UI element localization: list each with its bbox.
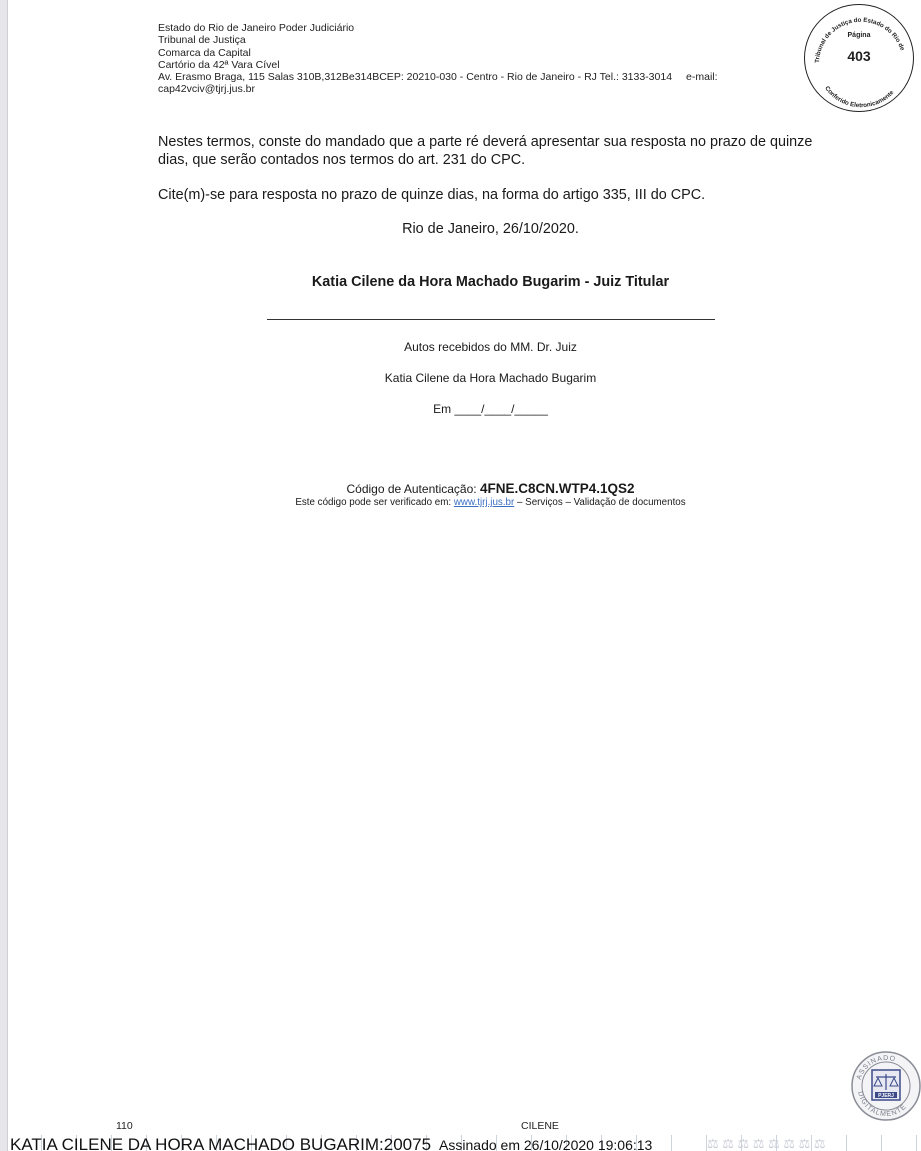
header-email: cap42vciv@tjrj.jus.br	[158, 83, 818, 95]
footer-page-ref: 110	[116, 1120, 133, 1132]
footer-signer-short: CILENE	[521, 1120, 559, 1132]
header-address: Av. Erasmo Braga, 115 Salas 310B,312Be31…	[158, 71, 672, 83]
svg-text:Conferido Eletronicamente: Conferido Eletronicamente	[823, 85, 896, 109]
paragraph-response-deadline: Nestes termos, conste do mandado que a p…	[158, 134, 826, 169]
header-line-registry: Cartório da 42ª Vara Cível	[158, 59, 818, 71]
digital-signature-text: KATIA CILENE DA HORA MACHADO BUGARIM:200…	[10, 1136, 652, 1151]
signature-line	[267, 319, 715, 320]
authentication-label: Código de Autenticação:	[347, 482, 477, 496]
paragraph-citation: Cite(m)-se para resposta no prazo de qui…	[158, 187, 826, 205]
header-line-court: Tribunal de Justiça	[158, 34, 818, 46]
page-left-edge	[0, 0, 8, 1151]
document-header: Estado do Rio de Janeiro Poder Judiciári…	[158, 22, 818, 96]
receipt-date-blank: Em ____/____/_____	[0, 402, 921, 416]
stamp-page-number: 403	[805, 48, 913, 64]
verify-prefix: Este código pode ser verificado em:	[295, 497, 451, 508]
document-date: Rio de Janeiro, 26/10/2020.	[0, 221, 921, 237]
digitally-signed-seal: ASSINADO DIGITALMENTE PJERJ	[850, 1050, 921, 1122]
header-address-line: Av. Erasmo Braga, 115 Salas 310B,312Be31…	[158, 71, 818, 83]
signature-timestamp: Assinado em 26/10/2020 19:06:13	[439, 1137, 652, 1151]
seal-scales-icon: ASSINADO DIGITALMENTE PJERJ	[850, 1050, 921, 1122]
header-email-label: e-mail:	[686, 71, 718, 83]
verification-line: Este código pode ser verificado em: www.…	[0, 497, 921, 508]
header-line-district: Comarca da Capital	[158, 47, 818, 59]
receipt-line-1: Autos recebidos do MM. Dr. Juiz	[0, 340, 921, 354]
authentication-code-line: Código de Autenticação: 4FNE.C8CN.WTP4.1…	[0, 481, 921, 496]
header-line-state: Estado do Rio de Janeiro Poder Judiciári…	[158, 22, 818, 34]
signer-name: Katia Cilene da Hora Machado Bugarim - J…	[0, 274, 921, 290]
verify-suffix: – Serviços – Validação de documentos	[517, 497, 686, 508]
page-number-stamp: Tribunal de Justiça do Estado do Rio de …	[804, 4, 914, 112]
receipt-line-2: Katia Cilene da Hora Machado Bugarim	[0, 371, 921, 385]
scales-pattern-icon: ⚖ ⚖ ⚖ ⚖ ⚖ ⚖ ⚖ ⚖	[707, 1136, 826, 1151]
authentication-code: 4FNE.C8CN.WTP4.1QS2	[480, 481, 635, 496]
verify-link[interactable]: www.tjrj.jus.br	[454, 497, 514, 508]
stamp-label: Página	[805, 32, 913, 39]
svg-text:PJERJ: PJERJ	[878, 1093, 894, 1099]
signature-name: KATIA CILENE DA HORA MACHADO BUGARIM:200…	[10, 1135, 431, 1151]
